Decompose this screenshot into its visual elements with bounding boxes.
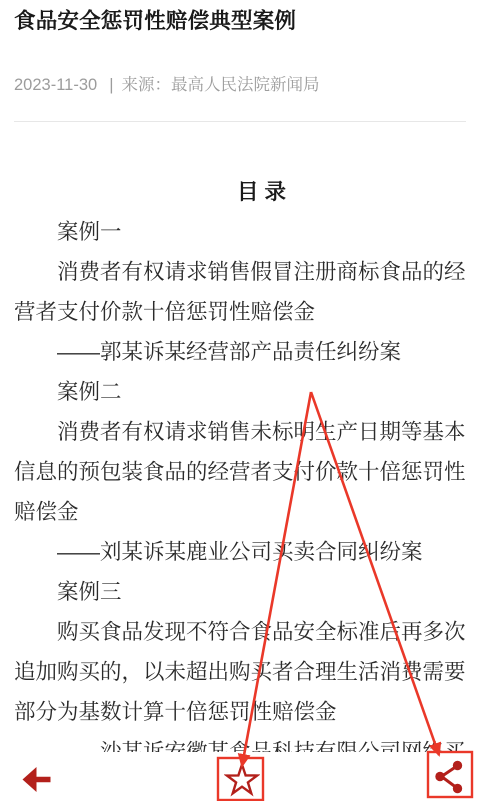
share-button[interactable] bbox=[433, 759, 465, 794]
toc-lines: 案例一消费者有权请求销售假冒注册商标食品的经营者支付价款十倍惩罚性赔偿金——郭某… bbox=[14, 212, 466, 772]
article-page: 食品安全惩罚性赔偿典型案例 2023-11-30|来源：最高人民法院新闻局 目 … bbox=[0, 0, 480, 801]
toc-line: 购买食品发现不符合食品安全标准后再多次 bbox=[14, 612, 466, 652]
article-title: 食品安全惩罚性赔偿典型案例 bbox=[14, 8, 466, 35]
table-of-contents: 目 录 案例一消费者有权请求销售假冒注册商标食品的经营者支付价款十倍惩罚性赔偿金… bbox=[14, 172, 466, 772]
toc-line: 案例二 bbox=[14, 372, 466, 412]
toc-line: 消费者有权请求销售未标明生产日期等基本 bbox=[14, 412, 466, 452]
toc-line: 营者支付价款十倍惩罚性赔偿金 bbox=[14, 292, 466, 332]
favorite-button[interactable] bbox=[224, 756, 260, 797]
toc-line: 案例三 bbox=[14, 572, 466, 612]
publish-date: 2023-11-30 bbox=[14, 76, 97, 94]
toc-line: 案例一 bbox=[14, 212, 466, 252]
share-icon bbox=[433, 760, 465, 794]
header-divider bbox=[14, 121, 466, 122]
toc-line: 信息的预包装食品的经营者支付价款十倍惩罚性 bbox=[14, 452, 466, 492]
meta-separator: | bbox=[109, 76, 113, 94]
toc-heading: 目 录 bbox=[14, 172, 466, 212]
article-meta: 2023-11-30|来源：最高人民法院新闻局 bbox=[14, 71, 319, 95]
toc-line: ——刘某诉某鹿业公司买卖合同纠纷案 bbox=[14, 532, 466, 572]
back-arrow-icon bbox=[22, 766, 51, 793]
toc-line: 追加购买的，以未超出购买者合理生活消费需要 bbox=[14, 652, 466, 692]
toc-line: ——郭某诉某经营部产品责任纠纷案 bbox=[14, 332, 466, 372]
bottom-toolbar bbox=[0, 752, 480, 801]
back-button[interactable] bbox=[22, 761, 51, 793]
toc-line: 赔偿金 bbox=[14, 492, 466, 532]
article-source: 来源：最高人民法院新闻局 bbox=[121, 76, 319, 94]
toc-line: 消费者有权请求销售假冒注册商标食品的经 bbox=[14, 252, 466, 292]
star-icon bbox=[224, 763, 260, 797]
toc-line: 部分为基数计算十倍惩罚性赔偿金 bbox=[14, 692, 466, 732]
